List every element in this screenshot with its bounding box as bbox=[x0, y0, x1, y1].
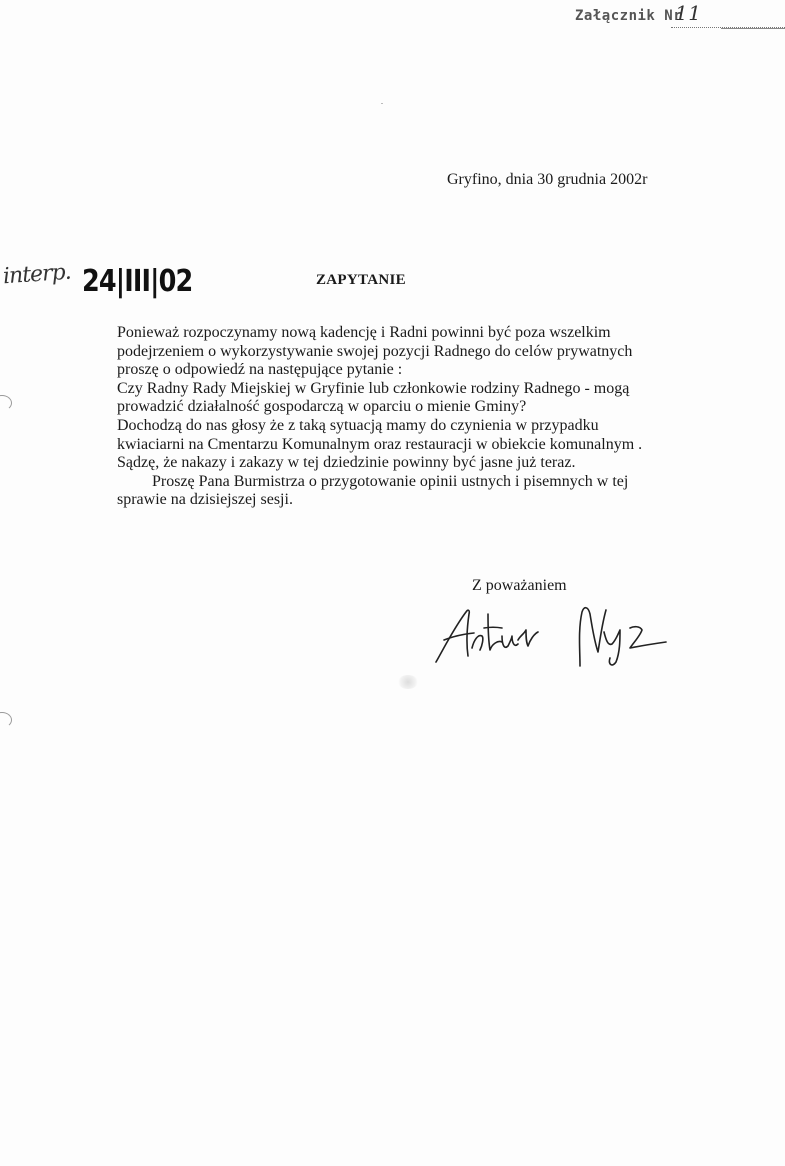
document-title: ZAPYTANIE bbox=[316, 272, 406, 289]
body-line: prowadzić działalność gospodarczą w opar… bbox=[117, 398, 697, 417]
punch-hole-mark bbox=[0, 712, 12, 728]
body-line: Czy Radny Rady Miejskiej w Gryfinie lub … bbox=[117, 380, 697, 399]
body-line: sprawie na dzisiejszej sesji. bbox=[117, 491, 697, 510]
place-date-line: Gryfino, dnia 30 grudnia 2002r bbox=[447, 171, 647, 189]
attachment-dotted-line bbox=[671, 27, 785, 28]
body-line: kwiaciarni na Cmentarzu Komunalnym oraz … bbox=[117, 436, 697, 455]
body-line: Ponieważ rozpoczynamy nową kadencję i Ra… bbox=[117, 324, 697, 343]
scan-speck bbox=[381, 103, 383, 104]
handwritten-note: interp. bbox=[2, 260, 71, 290]
attachment-stamp: Załącznik Nr 11 bbox=[575, 3, 785, 31]
document-page: Załącznik Nr 11 Gryfino, dnia 30 grudnia… bbox=[0, 0, 785, 1166]
attachment-number: 11 bbox=[675, 1, 701, 25]
body-line: podejrzeniem o wykorzystywanie swojej po… bbox=[117, 343, 697, 362]
letter-body: Ponieważ rozpoczynamy nową kadencję i Ra… bbox=[117, 324, 697, 510]
body-line: Sądzę, że nakazy i zakazy w tej dziedzin… bbox=[117, 454, 697, 473]
body-line: Proszę Pana Burmistrza o przygotowanie o… bbox=[117, 473, 697, 492]
handwritten-reference-number: 24|III|02 bbox=[82, 264, 192, 299]
closing-phrase: Z poważaniem bbox=[472, 577, 567, 595]
body-line: proszę o odpowiedź na następujące pytani… bbox=[117, 361, 697, 380]
attachment-label: Załącznik Nr bbox=[575, 8, 682, 24]
punch-hole-mark bbox=[0, 395, 12, 411]
scan-smudge bbox=[398, 675, 418, 689]
signature-icon bbox=[430, 600, 700, 670]
body-line: Dochodzą do nas głosy że z taką sytuacją… bbox=[117, 417, 697, 436]
